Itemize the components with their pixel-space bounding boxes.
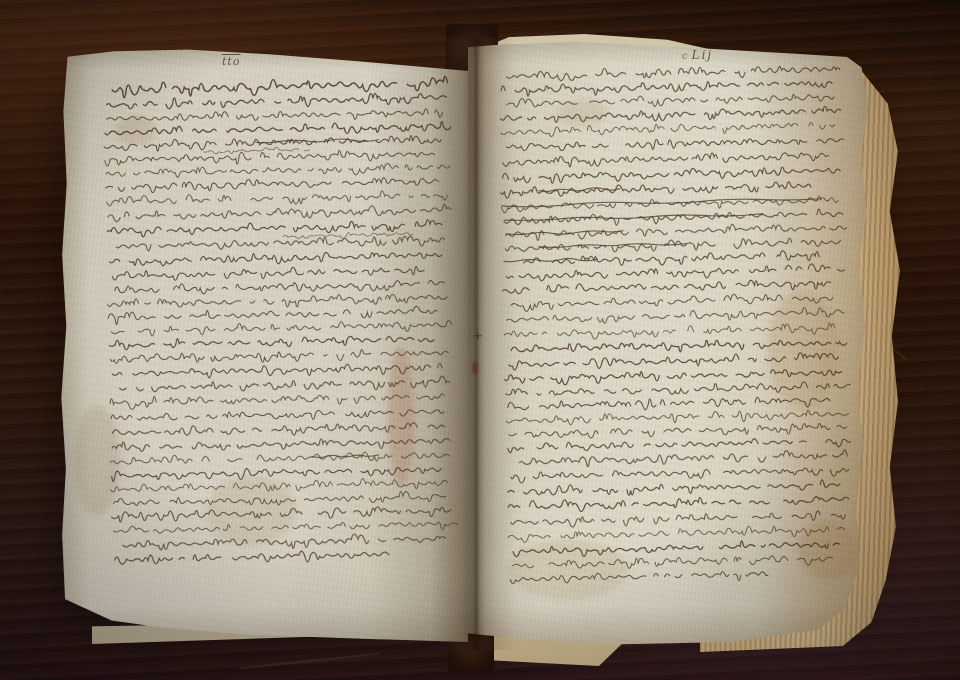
handwriting-line [107, 92, 447, 111]
handwriting-line [111, 477, 448, 495]
folio-number: cLij [682, 48, 713, 62]
handwriting-line [107, 107, 443, 125]
handwriting-line [112, 362, 442, 380]
handwriting-line [503, 150, 829, 168]
handwriting-line [508, 479, 840, 498]
handwriting-line [501, 195, 838, 213]
strikethrough-stroke [504, 213, 763, 221]
handwriting-line [507, 307, 844, 326]
handwriting-line [106, 176, 439, 194]
right-page-handwriting [468, 40, 880, 648]
handwriting-line [510, 569, 768, 586]
handwriting-line [506, 408, 849, 427]
handwriting-line [105, 148, 435, 167]
handwriting-line [501, 106, 841, 124]
left-page-corner-mark: tto [222, 55, 240, 68]
handwriting-line [501, 180, 822, 198]
handwriting-line [110, 390, 445, 410]
handwriting-line [109, 250, 442, 268]
handwriting-line [508, 436, 851, 454]
handwriting-line [112, 76, 448, 98]
handwriting-line [506, 381, 851, 399]
left-page-handwriting [56, 46, 468, 642]
handwriting-line [508, 493, 849, 513]
handwriting-line [503, 278, 831, 296]
handwriting-line [110, 348, 448, 366]
handwriting-line [513, 554, 833, 572]
strikethrough-stroke [538, 187, 620, 192]
folio-flourish: c [682, 51, 688, 62]
handwriting-line [111, 408, 444, 424]
handwriting-line [107, 189, 448, 208]
handwriting-line [513, 539, 840, 558]
handwriting-line [511, 292, 840, 312]
handwriting-line [112, 464, 442, 482]
handwriting-line [112, 420, 452, 439]
handwriting-line [106, 162, 450, 180]
handwriting-line [110, 450, 449, 467]
handwriting-line [115, 549, 389, 565]
manuscript-photo: tto cLij [0, 0, 960, 680]
handwriting-line [113, 491, 445, 509]
handwriting-line [116, 235, 444, 253]
left-page: tto [56, 46, 468, 642]
folio-numeral: Lij [692, 48, 714, 62]
handwriting-line [108, 204, 451, 222]
handwriting-line [520, 449, 848, 468]
handwriting-line [509, 423, 847, 441]
handwriting-line [506, 263, 845, 282]
handwriting-line [508, 524, 844, 543]
wood-scratch [240, 653, 379, 670]
handwriting-line [502, 165, 840, 184]
handwriting-line [504, 367, 841, 386]
handwriting-line [511, 465, 849, 483]
right-page: cLij [468, 40, 880, 648]
handwriting-line [509, 352, 839, 371]
margin-cross-mark [474, 332, 482, 340]
handwriting-line [506, 135, 843, 152]
handwriting-line [111, 319, 452, 338]
handwriting-line [506, 222, 847, 241]
handwriting-line [111, 505, 451, 523]
handwriting-line [507, 92, 834, 110]
handwriting-line [113, 520, 457, 537]
interlinear-insertion [283, 231, 414, 239]
handwriting-line [105, 121, 451, 139]
handwriting-line [108, 292, 448, 310]
handwriting-line [507, 63, 840, 83]
strikethrough-stroke [255, 138, 379, 143]
handwriting-line [115, 278, 445, 296]
handwriting-line [108, 306, 437, 325]
handwriting-line [112, 435, 450, 454]
handwriting-line [501, 78, 843, 97]
handwriting-line [507, 395, 839, 414]
handwriting-line [504, 322, 835, 341]
handwriting-line [511, 337, 847, 355]
handwriting-line [112, 265, 424, 282]
handwriting-line [120, 376, 450, 395]
strikethrough-stroke [503, 258, 598, 263]
interlinear-insertion [203, 146, 310, 154]
handwriting-line [511, 510, 846, 528]
handwriting-line [109, 333, 442, 350]
handwriting-line [501, 120, 835, 139]
handwriting-line [123, 532, 446, 552]
handwriting-line [504, 209, 843, 228]
